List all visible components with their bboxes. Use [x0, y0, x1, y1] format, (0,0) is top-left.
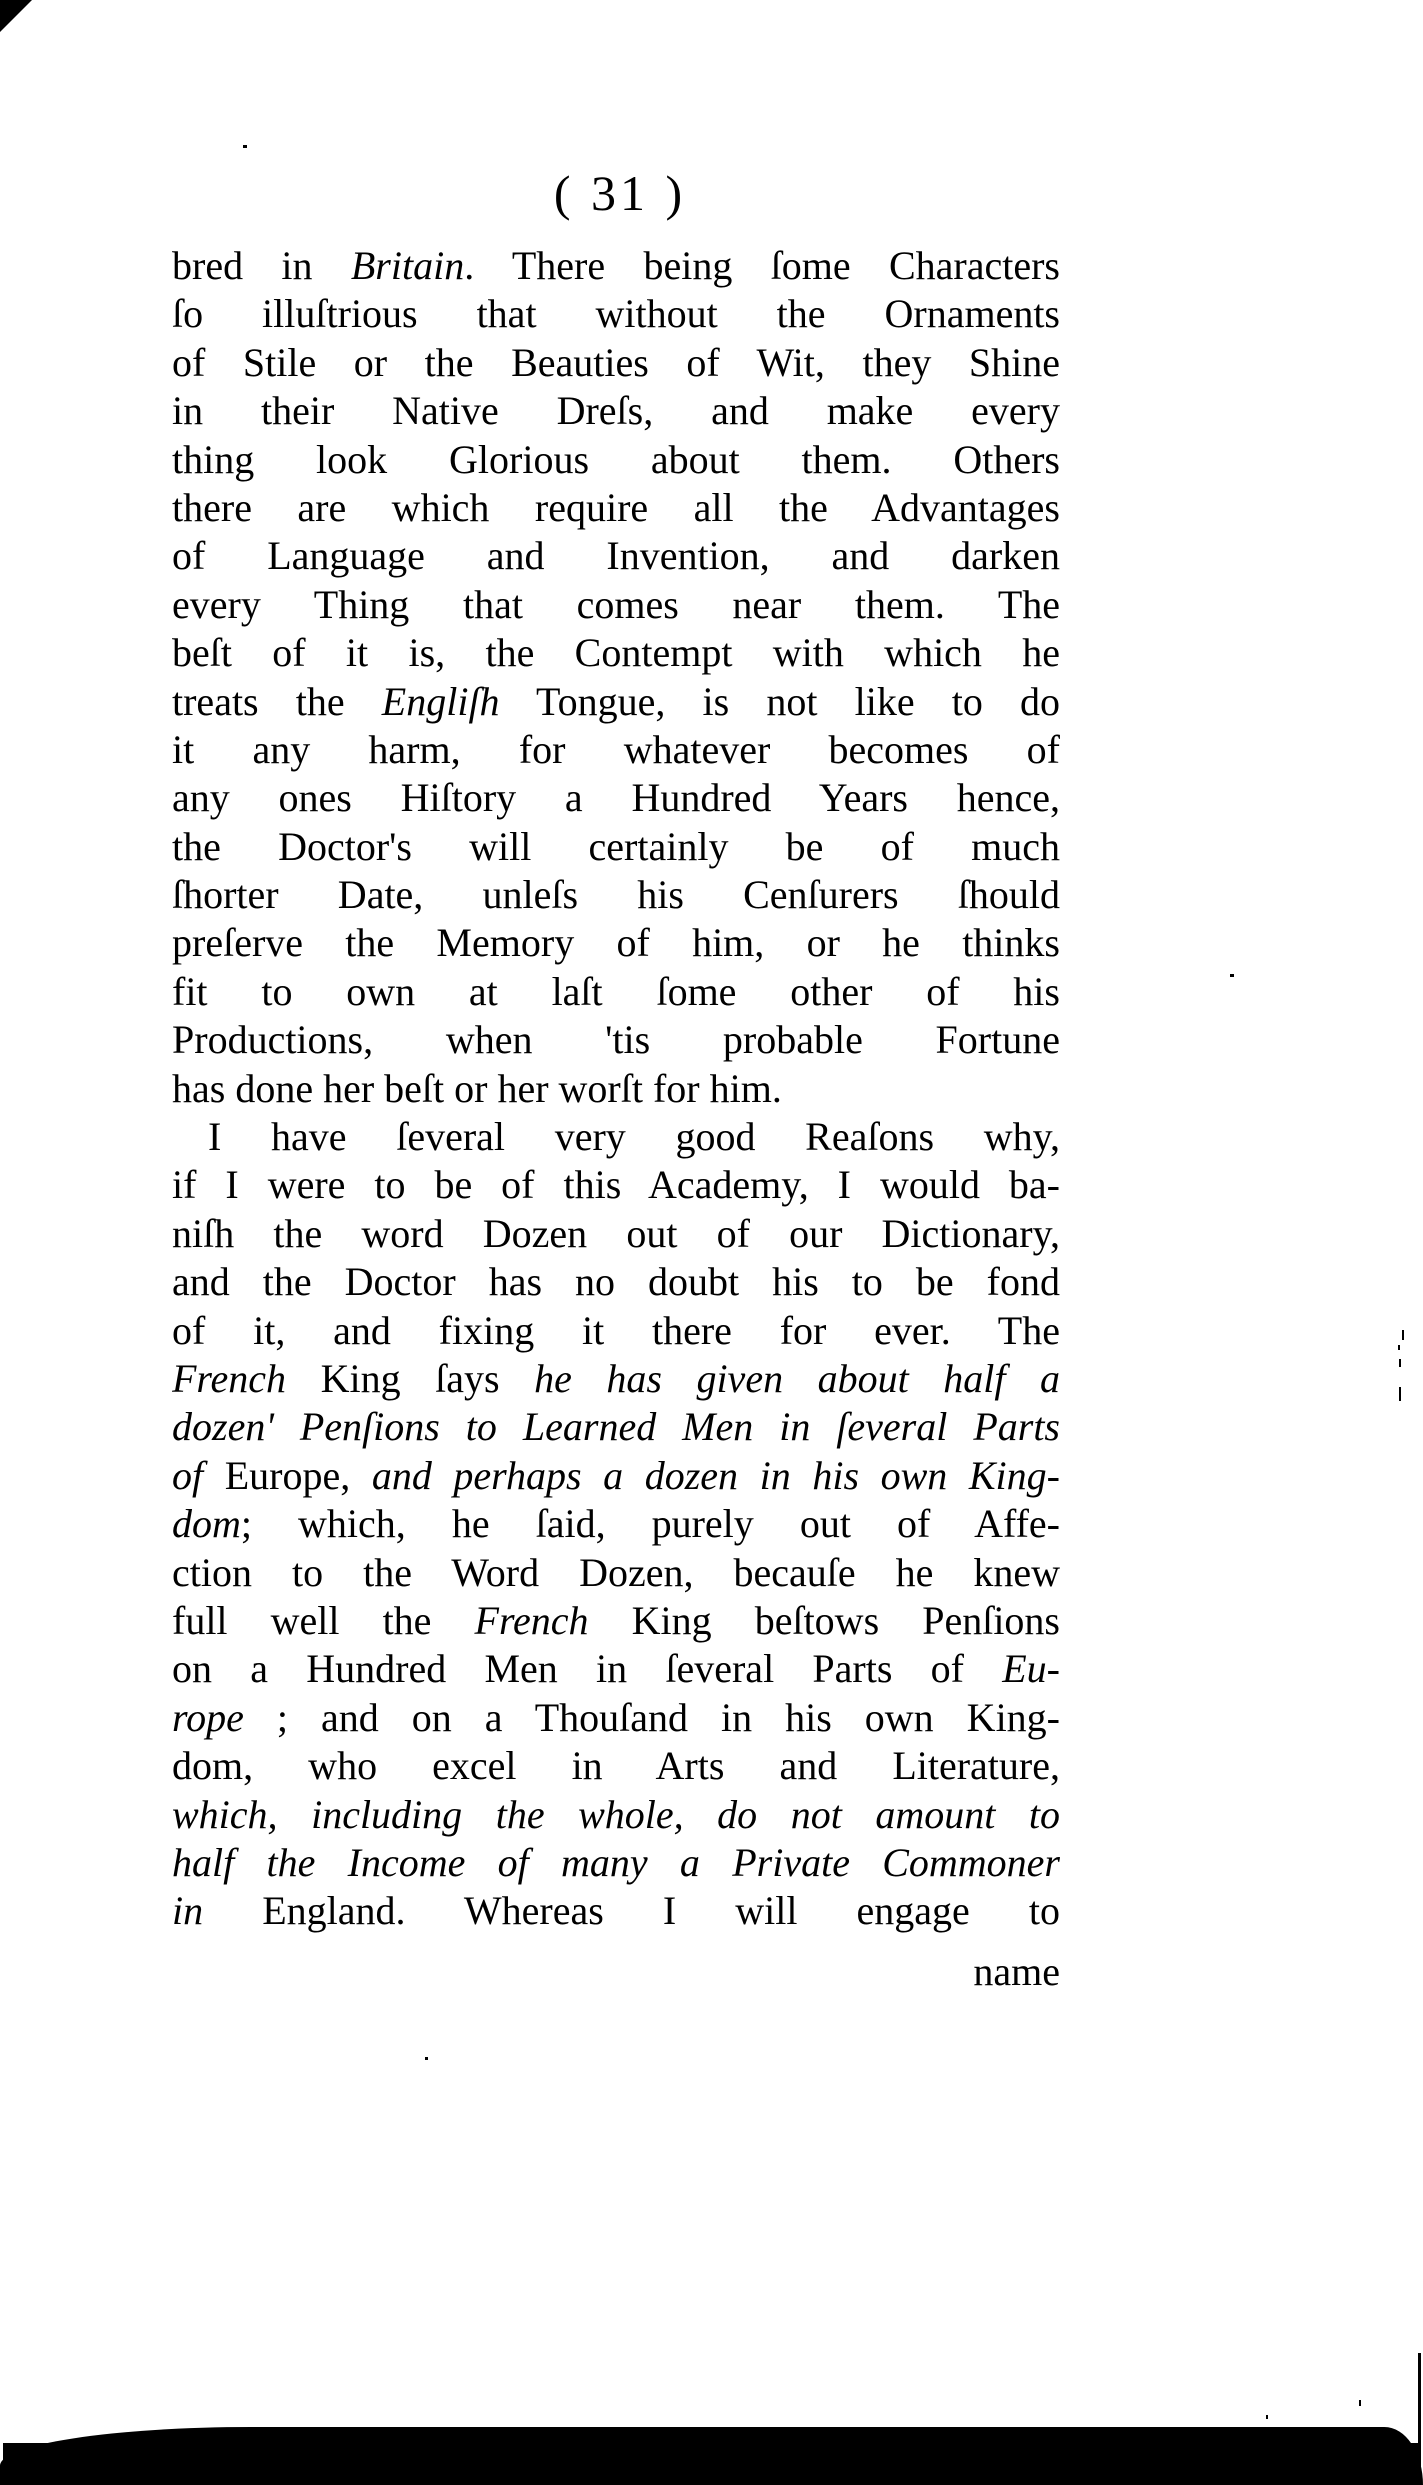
- roman-text: ſhorter Date, unleſs his Cenſurers ſhoul…: [172, 872, 1060, 917]
- roman-text: of it, and fixing it there for ever. The: [172, 1308, 1060, 1353]
- text-line: French King ſays he has given about half…: [172, 1355, 1060, 1403]
- text-line: ſo illuſtrious that without the Ornament…: [172, 290, 1060, 338]
- text-line: of Europe, and perhaps a dozen in his ow…: [172, 1452, 1060, 1500]
- italic-text: he has given about half a: [534, 1356, 1060, 1401]
- roman-text: of Language and Invention, and darken: [172, 533, 1060, 578]
- roman-text: fit to own at laſt ſome other of his: [172, 969, 1060, 1014]
- text-line: on a Hundred Men in ſeveral Parts of Eu-: [172, 1645, 1060, 1693]
- catchword: name: [973, 1948, 1060, 1996]
- text-line: I have ſeveral very good Reaſons why,: [172, 1113, 1060, 1161]
- roman-text: Productions, when 'tis probable Fortune: [172, 1017, 1060, 1062]
- roman-text: dom, who excel in Arts and Literature,: [172, 1743, 1060, 1788]
- text-line: dom; which, he ſaid, purely out of Affe-: [172, 1500, 1060, 1548]
- text-line: full well the French King beſtows Penſio…: [172, 1597, 1060, 1645]
- scan-speck: [1402, 1330, 1404, 1340]
- text-line: of Stile or the Beauties of Wit, they Sh…: [172, 339, 1060, 387]
- scan-speck: [243, 145, 247, 148]
- italic-text: half the Income of many a Private Common…: [172, 1840, 1060, 1885]
- text-line: in England. Whereas I will engage to: [172, 1887, 1060, 1935]
- text-line: and the Doctor has no doubt his to be fo…: [172, 1258, 1060, 1306]
- scan-speck: [1230, 974, 1234, 977]
- roman-text: ction to the Word Dozen, becauſe he knew: [172, 1550, 1060, 1595]
- text-line: every Thing that comes near them. The: [172, 581, 1060, 629]
- text-line: bred in Britain. There being ſome Charac…: [172, 242, 1060, 290]
- text-line: preſerve the Memory of him, or he thinks: [172, 919, 1060, 967]
- italic-text: Engliſh: [382, 679, 500, 724]
- roman-text: King beſtows Penſions: [589, 1598, 1060, 1643]
- roman-text: ; which, he ſaid, purely out of Affe-: [241, 1501, 1060, 1546]
- text-line: the Doctor's will certainly be of much: [172, 823, 1060, 871]
- roman-text: I have ſeveral very good Reaſons why,: [208, 1114, 1060, 1159]
- text-line: ction to the Word Dozen, becauſe he knew: [172, 1549, 1060, 1597]
- page-number: ( 31 ): [520, 168, 720, 218]
- italic-text: and perhaps a dozen in his own King-: [372, 1453, 1060, 1498]
- text-line: rope ; and on a Thouſand in his own King…: [172, 1694, 1060, 1742]
- roman-text: it any harm, for whatever becomes of: [172, 727, 1060, 772]
- roman-text: thing look Glorious about them. Others: [172, 437, 1060, 482]
- text-line: any ones Hiſtory a Hundred Years hence,: [172, 774, 1060, 822]
- italic-text: dozen' Penſions to Learned Men in ſevera…: [172, 1404, 1060, 1449]
- text-line: fit to own at laſt ſome other of his: [172, 968, 1060, 1016]
- italic-text: dom: [172, 1501, 241, 1546]
- italic-text: French: [172, 1356, 286, 1401]
- text-line: has done her beſt or her worſt for him.: [172, 1065, 1060, 1113]
- italic-text: Britain: [351, 243, 464, 288]
- italic-text: which, including the whole, do not amoun…: [172, 1792, 1060, 1837]
- roman-text: of Stile or the Beauties of Wit, they Sh…: [172, 340, 1060, 385]
- italic-text: French: [475, 1598, 589, 1643]
- text-line: treats the Engliſh Tongue, is not like t…: [172, 678, 1060, 726]
- scan-speck: [1399, 1359, 1401, 1367]
- roman-text: there are which require all the Advantag…: [172, 485, 1060, 530]
- roman-text: any ones Hiſtory a Hundred Years hence,: [172, 775, 1060, 820]
- roman-text: ſo illuſtrious that without the Ornament…: [172, 291, 1060, 336]
- roman-text: on a Hundred Men in ſeveral Parts of: [172, 1646, 1002, 1691]
- text-line: beſt of it is, the Contempt with which h…: [172, 629, 1060, 677]
- roman-text: the Doctor's will certainly be of much: [172, 824, 1060, 869]
- roman-text: Europe,: [203, 1453, 372, 1498]
- text-line: which, including the whole, do not amoun…: [172, 1791, 1060, 1839]
- roman-text: King ſays: [286, 1356, 534, 1401]
- roman-text: and the Doctor has no doubt his to be fo…: [172, 1259, 1060, 1304]
- text-line: Productions, when 'tis probable Fortune: [172, 1016, 1060, 1064]
- roman-text: preſerve the Memory of him, or he thinks: [172, 920, 1060, 965]
- text-line: dozen' Penſions to Learned Men in ſevera…: [172, 1403, 1060, 1451]
- scan-corner-mark: [0, 0, 32, 32]
- text-line: in their Native Dreſs, and make every: [172, 387, 1060, 435]
- roman-text: bred in: [172, 243, 351, 288]
- italic-text: Eu-: [1002, 1646, 1060, 1691]
- text-line: of Language and Invention, and darken: [172, 532, 1060, 580]
- roman-text: if I were to be of this Academy, I would…: [172, 1162, 1060, 1207]
- roman-text: England. Whereas I will engage to: [203, 1888, 1060, 1933]
- roman-text: . There being ſome Characters: [464, 243, 1060, 288]
- scan-speck: [425, 2057, 428, 2060]
- scan-speck: [1359, 2400, 1361, 2406]
- text-line: dom, who excel in Arts and Literature,: [172, 1742, 1060, 1790]
- text-line: half the Income of many a Private Common…: [172, 1839, 1060, 1887]
- text-line: niſh the word Dozen out of our Dictionar…: [172, 1210, 1060, 1258]
- text-line: if I were to be of this Academy, I would…: [172, 1161, 1060, 1209]
- scan-right-edge: [1418, 2353, 1421, 2485]
- italic-text: rope: [172, 1695, 244, 1740]
- roman-text: full well the: [172, 1598, 475, 1643]
- roman-text: Tongue, is not like to do: [500, 679, 1060, 724]
- roman-text: ; and on a Thouſand in his own King-: [244, 1695, 1060, 1740]
- scan-speck: [1399, 1387, 1401, 1401]
- italic-text: in: [172, 1888, 203, 1933]
- body-text: bred in Britain. There being ſome Charac…: [172, 242, 1060, 1936]
- text-line: thing look Glorious about them. Others: [172, 436, 1060, 484]
- scan-speck: [1398, 1345, 1400, 1350]
- roman-text: beſt of it is, the Contempt with which h…: [172, 630, 1060, 675]
- text-line: of it, and fixing it there for ever. The: [172, 1307, 1060, 1355]
- roman-text: in their Native Dreſs, and make every: [172, 388, 1060, 433]
- roman-text: every Thing that comes near them. The: [172, 582, 1060, 627]
- text-line: there are which require all the Advantag…: [172, 484, 1060, 532]
- roman-text: treats the: [172, 679, 382, 724]
- italic-text: of: [172, 1453, 203, 1498]
- text-line: ſhorter Date, unleſs his Cenſurers ſhoul…: [172, 871, 1060, 919]
- scan-speck: [1266, 2415, 1268, 2419]
- roman-text: has done her beſt or her worſt for him.: [172, 1066, 782, 1111]
- roman-text: niſh the word Dozen out of our Dictionar…: [172, 1211, 1060, 1256]
- text-line: it any harm, for whatever becomes of: [172, 726, 1060, 774]
- scan-bottom-shadow: [3, 2443, 1419, 2485]
